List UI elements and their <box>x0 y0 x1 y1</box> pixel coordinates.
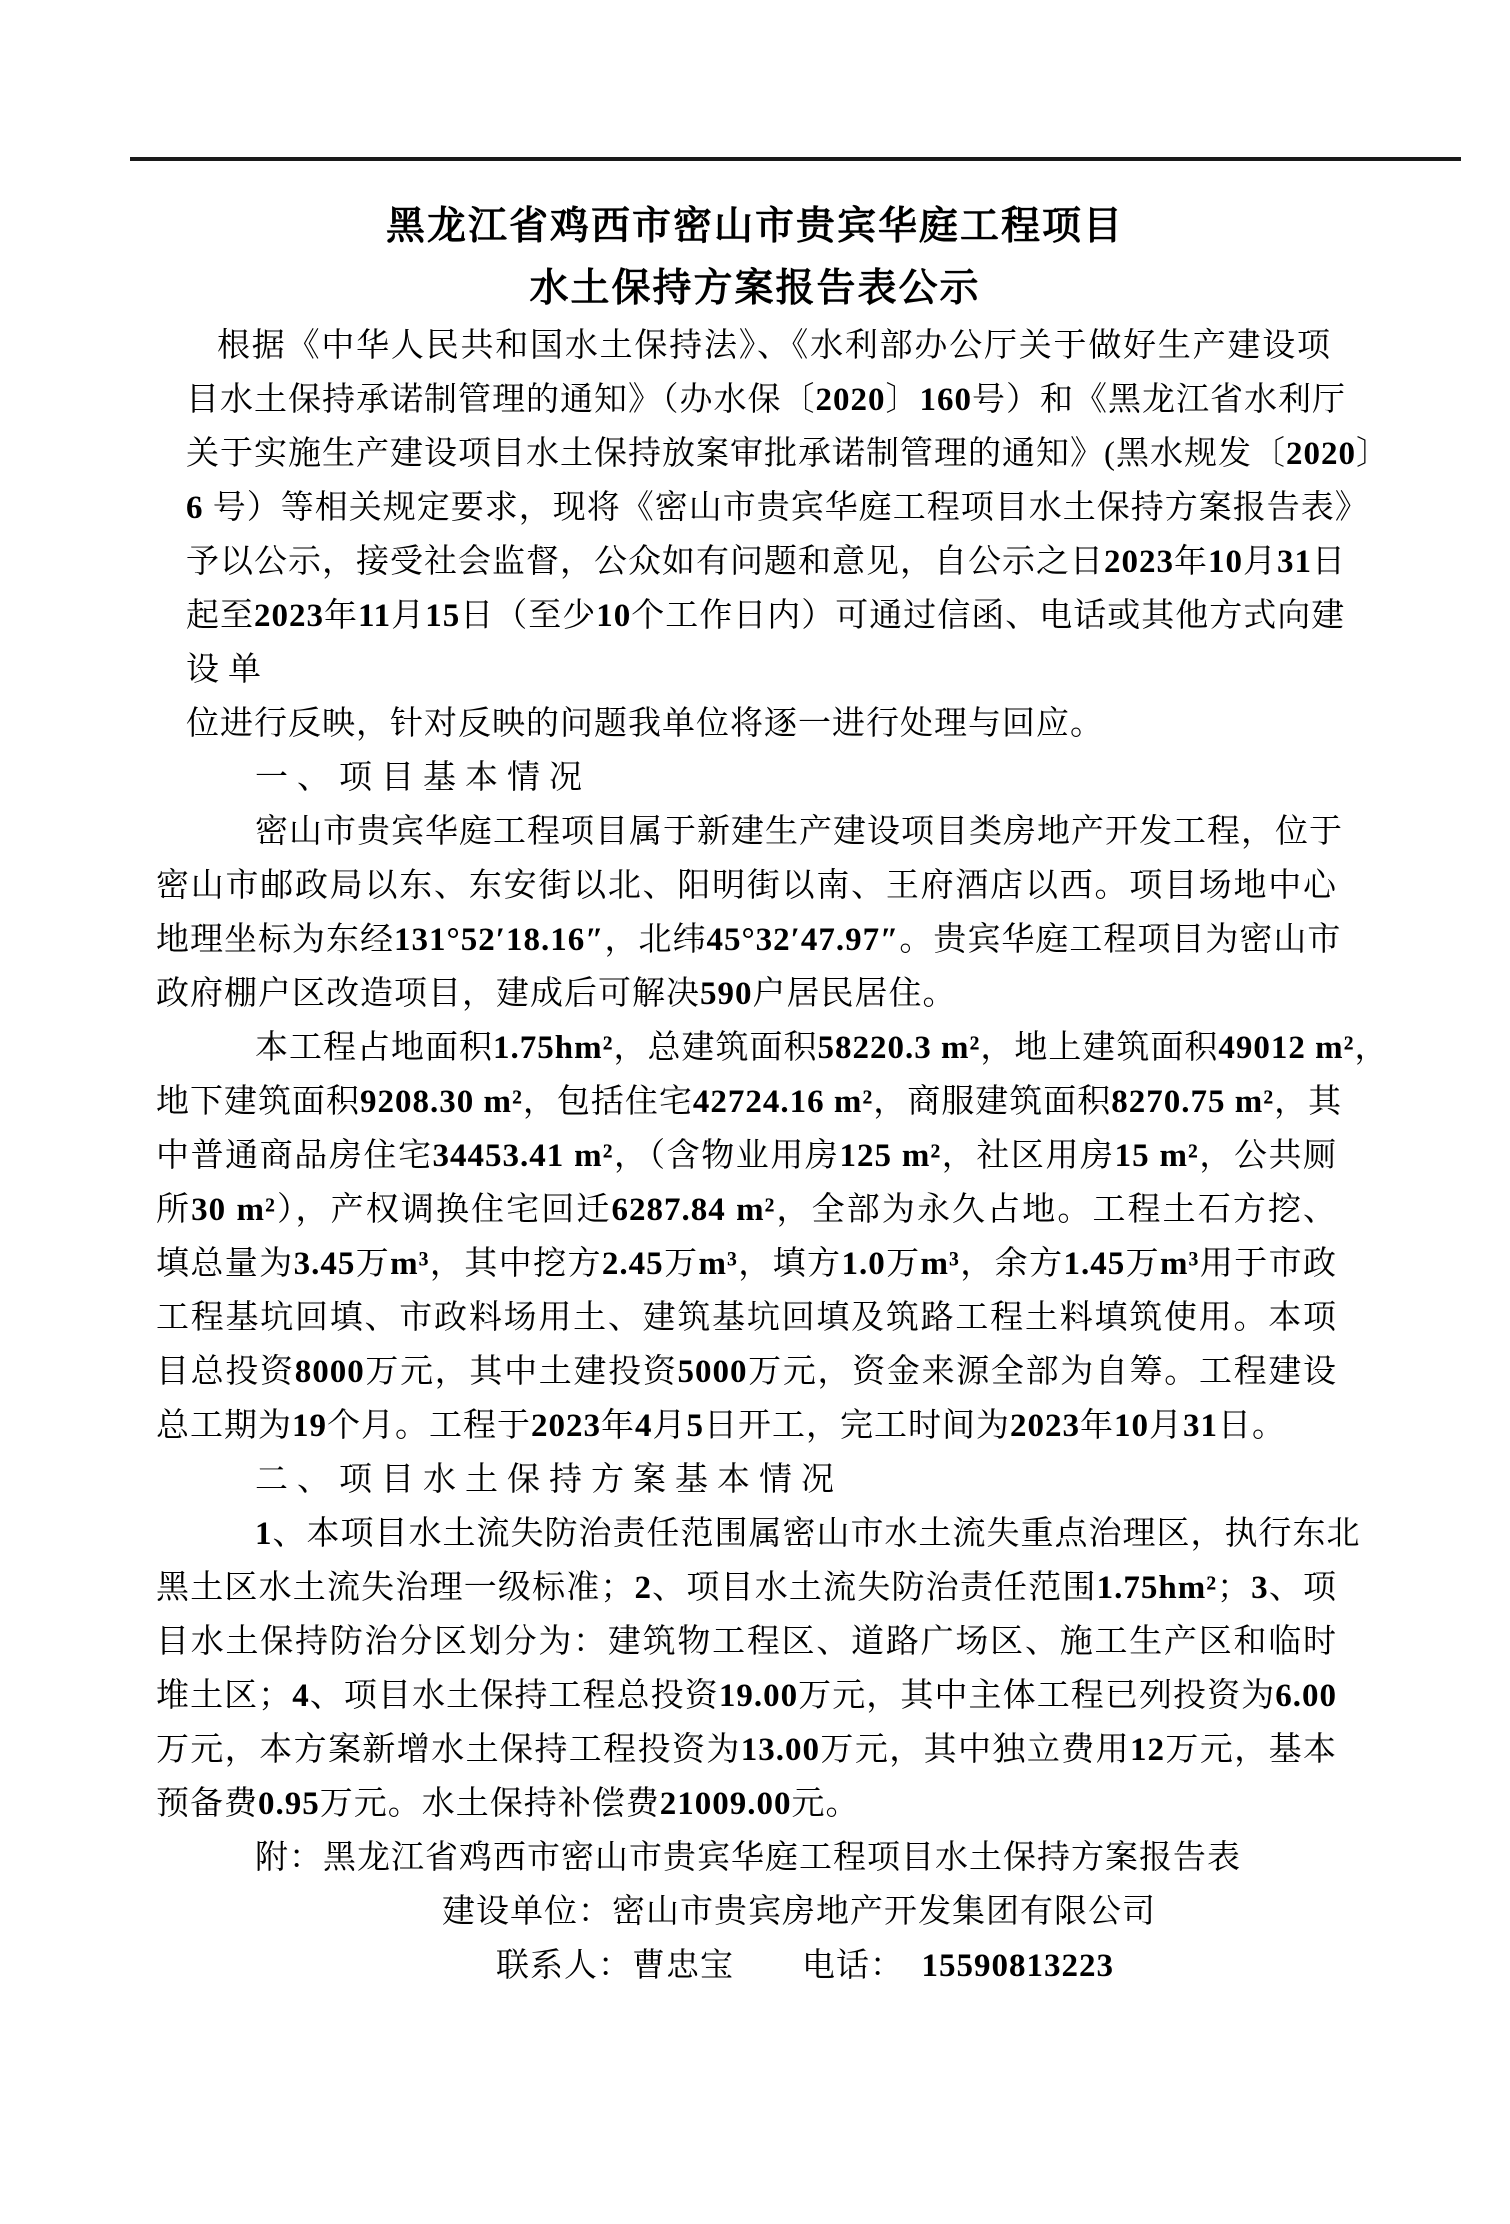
text-line: 目总投资8000万元，其中土建投资5000万元，资金来源全部为自筹。工程建设 <box>156 1345 1337 1399</box>
text-line: 本工程占地面积1.75hm²，总建筑面积58220.3 m²，地上建筑面积490… <box>156 1021 1337 1075</box>
text-line: 黑土区水土流失治理一级标准；2、项目水土流失防治责任范围1.75hm²；3、项 <box>156 1561 1337 1615</box>
text-line: 堆土区；4、项目水土保持工程总投资19.00万元，其中主体工程已列投资为6.00 <box>156 1669 1337 1723</box>
text-line: 一、项目基本情况 <box>156 751 1337 805</box>
text-line: 联系人：曹忠宝 电话： 15590813223 <box>156 1939 1337 1993</box>
header-rule <box>130 157 1461 161</box>
document-page: 黑龙江省鸡西市密山市贵宾华庭工程项目 水土保持方案报告表公示 根据《中华人民共和… <box>0 0 1510 2224</box>
text-line: 万元，本方案新增水土保持工程投资为13.00万元，其中独立费用12万元，基本 <box>156 1723 1337 1777</box>
text-line: 地理坐标为东经131°52′18.16″，北纬45°32′47.97″。贵宾华庭… <box>156 913 1337 967</box>
document-header: 黑龙江省鸡西市密山市贵宾华庭工程项目 水土保持方案报告表公示 <box>0 198 1510 322</box>
text-line: 设单 <box>186 643 1331 697</box>
text-line: 填总量为3.45万m³，其中挖方2.45万m³，填方1.0万m³，余方1.45万… <box>156 1237 1337 1291</box>
document-body: 根据《中华人民共和国水土保持法》、《水利部办公厅关于做好生产建设项目水土保持承诺… <box>156 319 1337 1993</box>
text-line: 位进行反映，针对反映的问题我单位将逐一进行处理与回应。 <box>186 697 1331 751</box>
page-title: 黑龙江省鸡西市密山市贵宾华庭工程项目 <box>0 198 1510 256</box>
text-line: 工程基坑回填、市政料场用土、建筑基坑回填及筑路工程土料填筑使用。本项 <box>156 1291 1337 1345</box>
text-line: 附：黑龙江省鸡西市密山市贵宾华庭工程项目水土保持方案报告表 <box>156 1831 1337 1885</box>
text-line: 1、本项目水土流失防治责任范围属密山市水土流失重点治理区，执行东北 <box>156 1507 1337 1561</box>
page-subtitle: 水土保持方案报告表公示 <box>0 256 1510 322</box>
text-line: 所30 m²），产权调换住宅回迁6287.84 m²，全部为永久占地。工程土石方… <box>156 1183 1337 1237</box>
text-line: 关于实施生产建设项目水土保持放案审批承诺制管理的通知》(黑水规发〔2020〕 <box>186 427 1331 481</box>
text-line: 密山市贵宾华庭工程项目属于新建生产建设项目类房地产开发工程，位于 <box>156 805 1337 859</box>
text-line: 总工期为19个月。工程于2023年4月5日开工，完工时间为2023年10月31日… <box>156 1399 1337 1453</box>
text-line: 起至2023年11月15日（至少10个工作日内）可通过信函、电话或其他方式向建 <box>186 589 1331 643</box>
text-line: 目水土保持承诺制管理的通知》（办水保〔2020〕160号）和《黑龙江省水利厅 <box>186 373 1331 427</box>
text-line: 中普通商品房住宅34453.41 m²，（含物业用房125 m²，社区用房15 … <box>156 1129 1337 1183</box>
text-line: 密山市邮政局以东、东安街以北、阳明街以南、王府酒店以西。项目场地中心 <box>156 859 1337 913</box>
text-line: 预备费0.95万元。水土保持补偿费21009.00元。 <box>156 1777 1337 1831</box>
text-line: 政府棚户区改造项目，建成后可解决590户居民居住。 <box>156 967 1337 1021</box>
text-line: 地下建筑面积9208.30 m²，包括住宅42724.16 m²，商服建筑面积8… <box>156 1075 1337 1129</box>
text-line: 予以公示，接受社会监督，公众如有问题和意见，自公示之日2023年10月31日 <box>186 535 1331 589</box>
text-line: 根据《中华人民共和国水土保持法》、《水利部办公厅关于做好生产建设项 <box>186 319 1331 373</box>
text-line: 建设单位：密山市贵宾房地产开发集团有限公司 <box>156 1885 1337 1939</box>
text-line: 二、项目水土保持方案基本情况 <box>156 1453 1337 1507</box>
text-line: 6 号）等相关规定要求，现将《密山市贵宾华庭工程项目水土保持方案报告表》 <box>186 481 1331 535</box>
text-line: 目水土保持防治分区划分为：建筑物工程区、道路广场区、施工生产区和临时 <box>156 1615 1337 1669</box>
